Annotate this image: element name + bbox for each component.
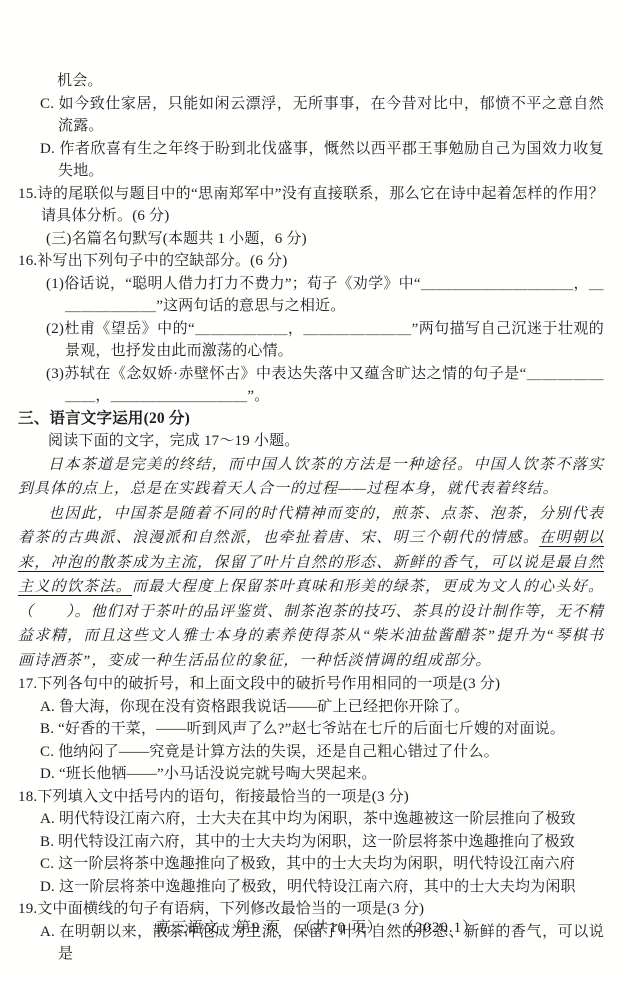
item-text: 俗话说，“聪明人借力打力不费力”；荀子《劝学》中“＿＿＿＿＿＿＿＿＿＿，＿＿＿＿…	[64, 276, 604, 315]
question-18-option-c: C. 这一阶层将茶中逸趣推向了极致，其中的士大夫均为闲职，明代特设江南六府	[40, 853, 604, 876]
question-14-option-c: C. 如今致仕家居，只能如闲云漂浮，无所事事，在今昔对比中，郁愤不平之意自然流露…	[40, 93, 604, 138]
option-label: B.	[40, 721, 54, 737]
question-17-option-b: B. “好香的干菜，——听到风声了么?”赵七爷站在七斤的后面七斤嫂的对面说。	[40, 718, 604, 741]
question-16-item-1: (1)俗话说，“聪明人借力打力不费力”；荀子《劝学》中“＿＿＿＿＿＿＿＿＿＿，＿…	[46, 273, 604, 318]
option-label: C.	[40, 856, 54, 872]
item-text: 杜甫《望岳》中的“＿＿＿＿＿＿，＿＿＿＿＿＿＿”两句描写自己沉迷于壮观的景观，也…	[64, 321, 604, 360]
option-text: “好香的干菜，——听到风声了么?”赵七爷站在七斤的后面七斤嫂的对面说。	[58, 721, 565, 737]
option-label: D.	[40, 879, 55, 895]
question-number: 15.	[18, 186, 37, 202]
question-16-item-2: (2)杜甫《望岳》中的“＿＿＿＿＿＿，＿＿＿＿＿＿＿”两句描写自己沉迷于壮观的景…	[46, 318, 604, 363]
option-text: 这一阶层将茶中逸趣推向了极致，其中的士大夫均为闲职，明代特设江南六府	[58, 856, 575, 872]
footer-total-pages: （共10 页）	[297, 916, 383, 937]
section-dictation-heading: (三)名篇名句默写(本题共 1 小题，6 分)	[46, 228, 604, 251]
passage-paragraph-1: 日本茶道是完美的终结，而中国人饮茶的方法是一种途径。中国人饮茶不落实到具体的点上…	[18, 453, 604, 502]
option-label: C.	[40, 96, 54, 112]
option-label: C.	[40, 744, 54, 760]
question-18-option-a: A. 明代特设江南六府，士大夫在其中均为闲职，茶中逸趣被这一阶层推向了极致	[40, 808, 604, 831]
question-number: 19.	[18, 901, 37, 917]
option-text: 这一阶层将茶中逸趣推向了极致，明代特设江南六府，其中的士大夫均为闲职	[59, 879, 576, 895]
carryover-line: 机会。	[57, 70, 604, 93]
question-18-option-d: D. 这一阶层将茶中逸趣推向了极致，明代特设江南六府，其中的士大夫均为闲职	[40, 876, 604, 899]
reading-passage: 日本茶道是完美的终结，而中国人饮茶的方法是一种途径。中国人饮茶不落实到具体的点上…	[18, 453, 604, 674]
option-text: 他纳闷了——究竟是计算方法的失误，还是自己粗心错过了什么。	[58, 744, 499, 760]
option-label: A.	[40, 811, 55, 827]
question-14-option-d: D. 作者欣喜有生之年终于盼到北伐盛事，慨然以西平郡王事勉励自己为国效力收复失地…	[40, 138, 604, 183]
option-label: D.	[40, 766, 55, 782]
question-stem: 文中面横线的句子有语病，下列修改最恰当的一项是(3 分)	[37, 901, 424, 917]
option-text: 如今致仕家居，只能如闲云漂浮，无所事事，在今昔对比中，郁愤不平之意自然流露。	[58, 96, 604, 135]
question-17-option-d: D. “班长他牺——”小马话没说完就号啕大哭起来。	[40, 763, 604, 786]
page-footer: 高三语文 第9 页 （共10 页） （2020.1）	[0, 916, 634, 937]
footer-course-title: 高三语文	[156, 916, 220, 937]
question-stem: 下列填入文中括号内的语句，衔接最恰当的一项是(3 分)	[37, 789, 409, 805]
option-label: B.	[40, 834, 54, 850]
item-label: (1)	[46, 276, 64, 292]
option-label: D.	[40, 141, 55, 157]
option-text: 明代特设江南六府，士大夫在其中均为闲职，茶中逸趣被这一阶层推向了极致	[59, 811, 576, 827]
question-16: 16.补写出下列句子中的空缺部分。(6 分)	[18, 250, 604, 273]
question-17-option-a: A. 鲁大海，你现在没有资格跟我说话——矿上已经把你开除了。	[40, 696, 604, 719]
option-text: “班长他牺——”小马话没说完就号啕大哭起来。	[59, 766, 377, 782]
passage-paragraph-2: 也因此，中国茶是随着不同的时代精神而变的，煎茶、点茶、泡茶，分别代表着茶的古典派…	[18, 502, 604, 674]
item-text: 苏轼在《念奴娇·赤壁怀古》中表达失落中又蕴含旷达之情的句子是“＿＿＿＿＿＿＿，＿…	[64, 366, 604, 405]
passage-intro: 阅读下面的文字，完成 17～19 小题。	[18, 430, 604, 453]
question-17-option-c: C. 他纳闷了——究竟是计算方法的失误，还是自己粗心错过了什么。	[40, 741, 604, 764]
question-number: 18.	[18, 789, 37, 805]
question-16-item-3: (3)苏轼在《念奴娇·赤壁怀古》中表达失落中又蕴含旷达之情的句子是“＿＿＿＿＿＿…	[46, 363, 604, 408]
option-text: 明代特设江南六府，其中的士大夫均为闲职，这一阶层将茶中逸趣推向了极致	[58, 834, 575, 850]
option-label: A.	[40, 699, 55, 715]
question-stem: 诗的尾联似与题目中的“思南郑军中”没有直接联系，那么它在诗中起着怎样的作用？请具…	[37, 186, 604, 225]
footer-date: （2020.1）	[399, 916, 478, 937]
question-18: 18.下列填入文中括号内的语句，衔接最恰当的一项是(3 分)	[18, 786, 604, 809]
footer-page-number: 第9 页	[236, 916, 281, 937]
exam-page: 机会。 C. 如今致仕家居，只能如闲云漂浮，无所事事，在今昔对比中，郁愤不平之意…	[0, 0, 634, 983]
question-number: 16.	[18, 253, 37, 269]
section-language-heading: 三、语言文字运用(20 分)	[18, 408, 604, 431]
option-text: 作者欣喜有生之年终于盼到北伐盛事，慨然以西平郡王事勉励自己为国效力收复失地。	[58, 141, 604, 180]
item-label: (2)	[46, 321, 64, 337]
question-number: 17.	[18, 676, 37, 692]
question-18-option-b: B. 明代特设江南六府，其中的士大夫均为闲职，这一阶层将茶中逸趣推向了极致	[40, 831, 604, 854]
question-stem: 补写出下列句子中的空缺部分。(6 分)	[37, 253, 287, 269]
question-15: 15.诗的尾联似与题目中的“思南郑军中”没有直接联系，那么它在诗中起着怎样的作用…	[18, 183, 604, 228]
option-text: 鲁大海，你现在没有资格跟我说话——矿上已经把你开除了。	[59, 699, 469, 715]
item-label: (3)	[46, 366, 64, 382]
paragraph-2-lead: 也因此，中国茶是随着不同的时代精神而变的，煎茶、点茶、泡茶，分别代表着茶的古典派…	[18, 506, 604, 547]
question-17: 17.下列各句中的破折号，和上面文段中的破折号作用相同的一项是(3 分)	[18, 673, 604, 696]
question-stem: 下列各句中的破折号，和上面文段中的破折号作用相同的一项是(3 分)	[37, 676, 500, 692]
